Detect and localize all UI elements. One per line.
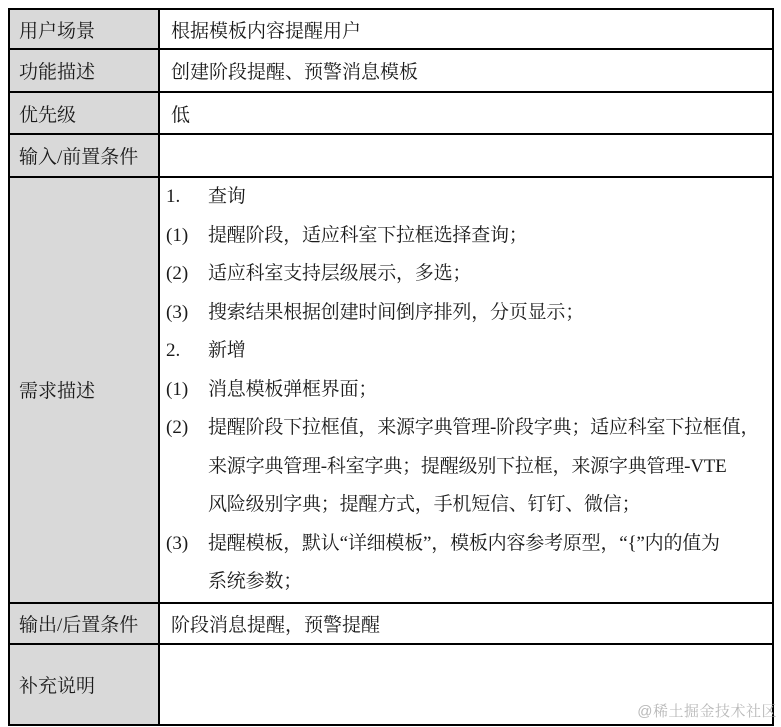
row-label-output-postcondition: 输出/后置条件 bbox=[9, 603, 159, 644]
requirement-line: (2)适应科室支持层级展示，多选； bbox=[166, 255, 770, 294]
row-label-supplementary-notes: 补充说明 bbox=[9, 644, 159, 725]
line-text: 适应科室支持层级展示，多选； bbox=[208, 263, 471, 284]
watermark: @稀土掘金技术社区 bbox=[637, 700, 777, 721]
row-label-requirement-desc: 需求描述 bbox=[9, 177, 159, 603]
row-label-function-desc: 功能描述 bbox=[9, 49, 159, 92]
line-marker: (3) bbox=[166, 294, 208, 333]
requirement-line: 系统参数； bbox=[166, 563, 770, 602]
table-row: 功能描述 创建阶段提醒、预警消息模板 bbox=[9, 49, 773, 92]
table-row: 优先级 低 bbox=[9, 92, 773, 134]
table-row: 用户场景 根据模板内容提醒用户 bbox=[9, 9, 773, 49]
line-text: 来源字典管理-科室字典；提醒级别下拉框，来源字典管理-VTE bbox=[208, 456, 727, 477]
line-marker: (3) bbox=[166, 525, 208, 564]
requirement-line: (3)提醒模板，默认“详细模板”，模板内容参考原型，“{”内的值为 bbox=[166, 525, 770, 564]
requirement-line: (1)提醒阶段，适应科室下拉框选择查询； bbox=[166, 217, 770, 256]
requirement-line: 来源字典管理-科室字典；提醒级别下拉框，来源字典管理-VTE bbox=[166, 448, 770, 487]
line-text: 风险级别字典；提醒方式，手机短信、钉钉、微信； bbox=[208, 494, 640, 515]
line-text: 搜索结果根据创建时间倒序排列，分页显示； bbox=[208, 302, 584, 323]
row-label-priority: 优先级 bbox=[9, 92, 159, 134]
requirement-line: (3)搜索结果根据创建时间倒序排列，分页显示； bbox=[166, 294, 770, 333]
line-marker: 2. bbox=[166, 332, 208, 371]
line-marker: (1) bbox=[166, 217, 208, 256]
line-text: 新增 bbox=[208, 340, 246, 361]
line-text: 系统参数； bbox=[208, 571, 302, 592]
row-value: 根据模板内容提醒用户 bbox=[159, 9, 773, 49]
row-label-input-precondition: 输入/前置条件 bbox=[9, 134, 159, 177]
line-text: 提醒模板，默认“详细模板”，模板内容参考原型，“{”内的值为 bbox=[208, 533, 720, 554]
table-row: 输出/后置条件 阶段消息提醒，预警提醒 bbox=[9, 603, 773, 644]
line-text: 提醒阶段，适应科室下拉框选择查询； bbox=[208, 225, 528, 246]
requirement-line: (1)消息模板弹框界面； bbox=[166, 371, 770, 410]
requirement-lines: 1.查询 (1)提醒阶段，适应科室下拉框选择查询； (2)适应科室支持层级展示，… bbox=[159, 177, 773, 603]
row-label-user-scenario: 用户场景 bbox=[9, 9, 159, 49]
line-text: 提醒阶段下拉框值，来源字典管理-阶段字典；适应科室下拉框值， bbox=[208, 417, 759, 438]
line-marker: (1) bbox=[166, 371, 208, 410]
requirement-line: (2)提醒阶段下拉框值，来源字典管理-阶段字典；适应科室下拉框值， bbox=[166, 409, 770, 448]
requirement-line: 2.新增 bbox=[166, 332, 770, 371]
line-text: 查询 bbox=[208, 186, 246, 207]
requirement-line: 1.查询 bbox=[166, 178, 770, 217]
table-row: 需求描述 1.查询 (1)提醒阶段，适应科室下拉框选择查询； (2)适应科室支持… bbox=[9, 177, 773, 603]
line-marker: (2) bbox=[166, 255, 208, 294]
line-marker: 1. bbox=[166, 178, 208, 217]
table-row: 输入/前置条件 bbox=[9, 134, 773, 177]
row-value: 创建阶段提醒、预警消息模板 bbox=[159, 49, 773, 92]
row-value bbox=[159, 134, 773, 177]
line-text: 消息模板弹框界面； bbox=[208, 379, 377, 400]
row-value: 阶段消息提醒，预警提醒 bbox=[159, 603, 773, 644]
requirement-line: 风险级别字典；提醒方式，手机短信、钉钉、微信； bbox=[166, 486, 770, 525]
line-marker: (2) bbox=[166, 409, 208, 448]
requirement-spec-table: 用户场景 根据模板内容提醒用户 功能描述 创建阶段提醒、预警消息模板 优先级 低… bbox=[8, 8, 774, 726]
row-value: 低 bbox=[159, 92, 773, 134]
